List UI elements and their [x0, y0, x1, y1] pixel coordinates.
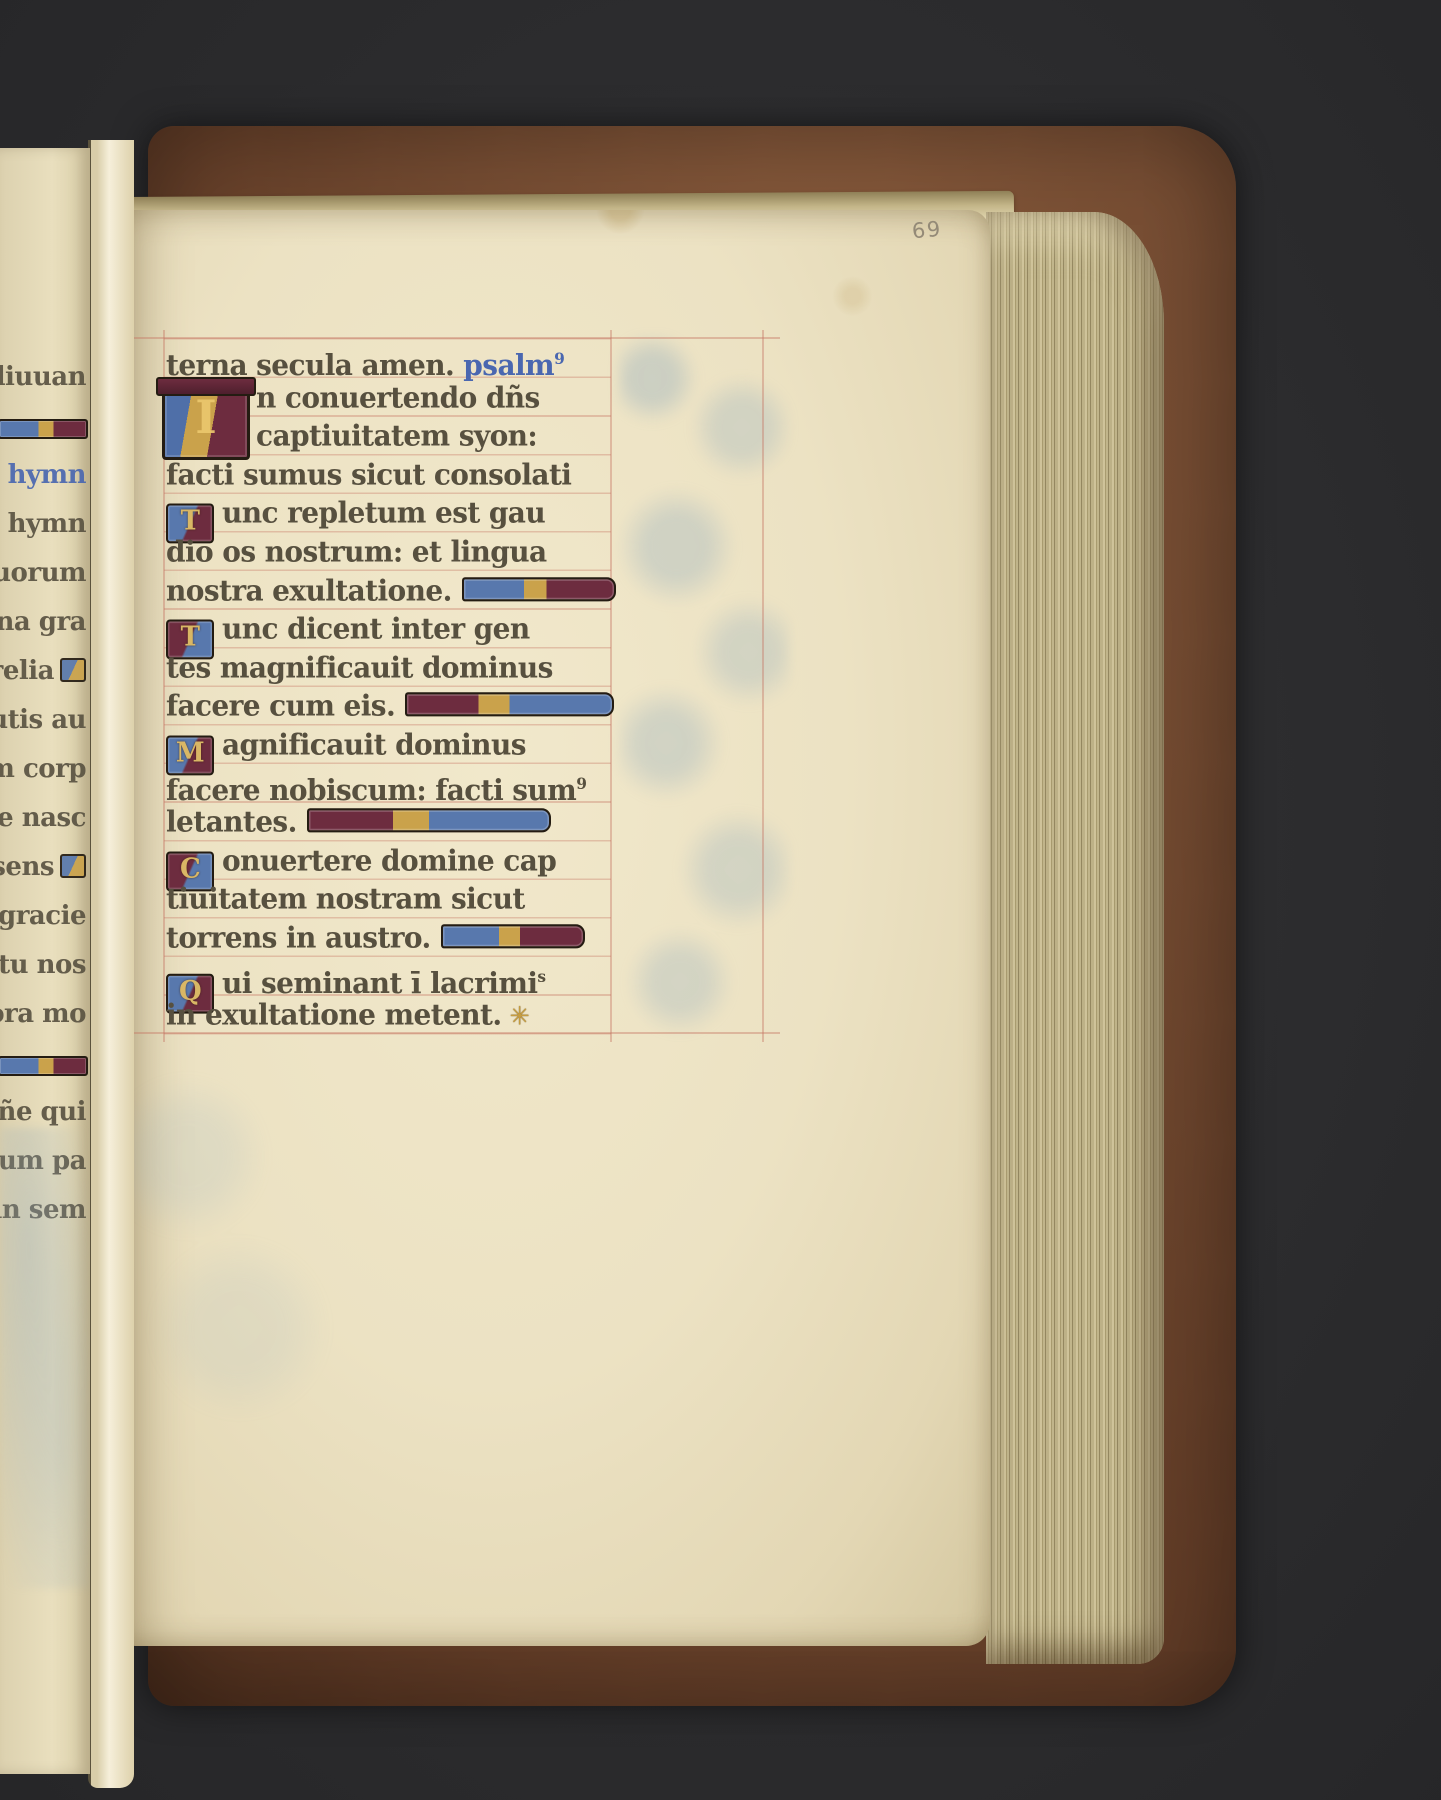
- recto-page: 69 terna secula amen. psalm9In conuerten…: [130, 210, 990, 1646]
- line-text: torrens in austro.: [166, 920, 431, 955]
- line-text: unc dicent inter gen: [222, 611, 530, 646]
- facing-page-line: tes tuorum: [0, 558, 86, 588]
- facing-page-line: gine cum pa: [0, 1146, 86, 1176]
- text-block: terna secula amen. psalm9In conuertendo …: [166, 338, 786, 1058]
- gutter-page-edge: [88, 140, 134, 1788]
- text-line: captiuitatem syon:: [166, 417, 537, 455]
- rubric-text: psalm: [454, 348, 554, 383]
- illuminated-initial: [60, 658, 86, 682]
- line-text: dio os nostrum: et lingua: [166, 534, 547, 569]
- facing-page-line: die tu nos: [0, 950, 86, 980]
- facing-page-line: ator hymn: [0, 509, 86, 539]
- line-text: tes magnificauit dominus: [166, 650, 553, 685]
- facing-page-line: o salutis au: [0, 705, 86, 735]
- text-line: n conuertendo dñs: [166, 379, 540, 417]
- facing-page-line: atu in sem: [0, 1195, 86, 1225]
- line-text: tiuitatem nostram sicut: [166, 881, 525, 916]
- bleedthrough-faint-lower: [124, 1070, 334, 1500]
- line-text: unc repletum est gau: [222, 495, 545, 530]
- line-text: facti sumus sicut consolati: [166, 457, 571, 492]
- text-line: nostra exultatione.: [166, 572, 616, 610]
- line-text: agnificauit dominus: [222, 727, 526, 762]
- rubric-text: hymn: [0, 460, 86, 490]
- text-line: in exultatione metent.✳: [166, 996, 529, 1035]
- facing-page-line: irgine nasc: [0, 803, 86, 833]
- text-line: dio os nostrum: et lingua: [166, 533, 547, 571]
- line-end-flourish: ✳: [510, 1001, 530, 1030]
- manuscript-photo: 69 terna secula amen. psalm9In conuerten…: [0, 0, 1441, 1800]
- line-text: nostra exultatione.: [166, 573, 452, 608]
- facing-page-line: et hora mo: [0, 999, 86, 1029]
- line-filler-ornament: [462, 577, 616, 601]
- line-filler-ornament: [0, 1056, 88, 1076]
- folio-number: 69: [911, 217, 943, 244]
- line-text: ui seminant ī lacrimi: [222, 965, 537, 1000]
- text-line: tes magnificauit dominus: [166, 649, 553, 687]
- facing-page-line: ater gracie: [0, 901, 86, 931]
- text-line: facere cum eis.: [166, 687, 614, 725]
- line-filler-ornament: [307, 808, 551, 832]
- text-line: tiuitatem nostram sicut: [166, 880, 525, 918]
- facing-page-line: ati. hymn: [0, 460, 86, 490]
- illuminated-initial: [60, 854, 86, 878]
- line-filler-ornament: [405, 693, 614, 717]
- facing-page-line: ondam corp: [0, 754, 86, 784]
- line-text: in exultatione metent.: [166, 997, 502, 1032]
- line-text: onuertere domine cap: [222, 843, 556, 878]
- line-text: n conuertendo dñs: [256, 380, 540, 415]
- text-line: torrens in austro.: [166, 919, 585, 957]
- facing-page-line: h prelia: [0, 656, 86, 686]
- facing-page-text: ad adiuuanati. hymnator hymntes tuorumiu…: [0, 360, 90, 1420]
- facing-page-line: ad adiuuan: [0, 362, 86, 392]
- facing-page-line: iurna gra: [0, 607, 86, 637]
- facing-page-line: mpsens: [0, 852, 86, 882]
- facing-page-line: n dñe qui: [0, 1097, 86, 1127]
- fore-edge-page-stack: [986, 212, 1164, 1664]
- text-line: facti sumus sicut consolati: [166, 456, 571, 494]
- line-text: captiuitatem syon:: [256, 418, 537, 453]
- line-filler-ornament: [441, 924, 585, 948]
- line-text: letantes.: [166, 804, 297, 839]
- facing-page-sliver: ad adiuuanati. hymnator hymntes tuorumiu…: [0, 148, 90, 1774]
- line-text: facere cum eis.: [166, 688, 395, 723]
- text-line: letantes.: [166, 803, 551, 841]
- line-filler-ornament: [0, 419, 88, 439]
- line-text: facere nobiscum: facti sum: [166, 772, 576, 807]
